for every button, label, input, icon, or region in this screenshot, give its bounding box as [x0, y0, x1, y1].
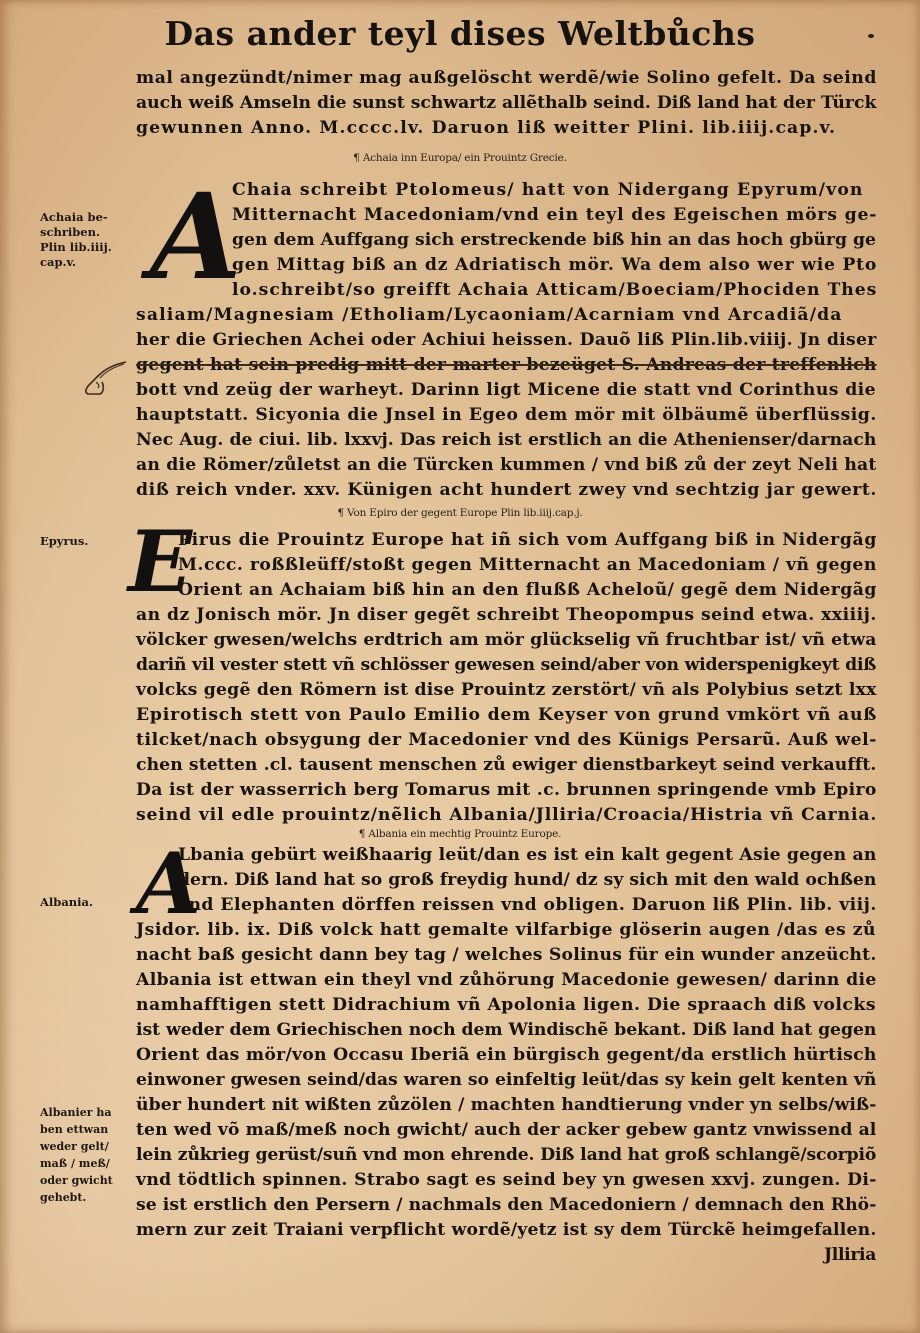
text-line: Jsidor. lib. ix. Diß volck hatt gemalte … [136, 918, 876, 943]
section-heading-achaia: ¶ Achaia inn Europa/ ein Prouintz Grecie… [0, 152, 920, 164]
text-line: völcker gwesen/welchs erdtrich am mör gl… [136, 628, 876, 653]
margin-note-line: Albania. [40, 895, 132, 910]
margin-note-line: Epyrus. [40, 534, 132, 549]
margin-note-line: Achaia be- [40, 210, 132, 225]
decorated-initial-a: A [150, 178, 242, 296]
text-line: vnd tödtlich spinnen. Strabo sagt es sei… [136, 1168, 876, 1193]
text-line: mern zur zeit Traiani verpflicht wordẽ/y… [136, 1218, 876, 1243]
margin-note-albania: Albania. [40, 895, 132, 910]
text-line: bott vnd zeüg der warheyt. Darinn ligt M… [136, 378, 876, 403]
text-line: her die Griechen Achei oder Achiui heiss… [136, 328, 876, 353]
text-line: über hundert nit wißten zůzölen / machte… [136, 1093, 876, 1118]
text-line: saliam/Magnesiam /Etholiam/Lycaoniam/Aca… [136, 303, 876, 328]
text-line: ten wed võ maß/meß noch gwicht/ auch der… [136, 1118, 876, 1143]
margin-note-line: Plin lib.iiij. [40, 240, 132, 255]
pointing-hand-icon [78, 358, 128, 398]
text-line: lo.schreibt/so greifft Achaia Atticam/Bo… [232, 278, 876, 303]
text-line: gen dem Auffgang sich erstreckende biß h… [232, 228, 876, 253]
text-line: Albania ist ettwan ein theyl vnd zůhörun… [136, 968, 876, 993]
text-line: lein zůkrieg gerüst/suñ vnd mon ehrende.… [136, 1143, 876, 1168]
margin-note-line: Albanier ha [40, 1104, 132, 1121]
text-line: gewunnen Anno. M.cccc.lv. Daruon liß wei… [136, 116, 876, 141]
text-line: einwoner gwesen seind/das waren so einfe… [136, 1068, 876, 1093]
book-page: Das ander teyl dises Weltbůchs mal angez… [0, 0, 920, 1333]
margin-note-line: schriben. [40, 225, 132, 240]
text-line: se ist erstlich den Persern / nachmals d… [136, 1193, 876, 1218]
text-line: seind vil edle prouintz/nẽlich Albania/J… [136, 803, 876, 828]
margin-note-achaia: Achaia be- schriben. Plin lib.iiij. cap.… [40, 210, 132, 270]
text-line: namhafftigen stett Didrachium vñ Apoloni… [136, 993, 876, 1018]
ink-spot [868, 34, 874, 38]
text-line: gen Mittag biß an dz Adriatisch mör. Wa … [232, 253, 876, 278]
running-head: Das ander teyl dises Weltbůchs [0, 14, 920, 53]
text-line: vnd Elephanten dörffen reissen vnd oblig… [178, 893, 876, 918]
text-line: mal angezündt/nimer mag außgelöscht werd… [136, 66, 876, 91]
text-line: diß reich vnder. xxv. Künigen acht hunde… [136, 478, 876, 503]
text-line: Orient an Achaiam biß hin an den flußß A… [178, 578, 876, 603]
margin-note-albanier: Albanier ha ben ettwan weder gelt/ maß /… [40, 1104, 132, 1206]
text-line: Lbania gebürt weißhaarig leüt/dan es ist… [178, 843, 876, 868]
text-line: tilcket/nach obsygung der Macedonier vnd… [136, 728, 876, 753]
margin-note-line: maß / meß/ [40, 1155, 132, 1172]
text-line: Pirus die Prouintz Europe hat iñ sich vo… [178, 528, 876, 553]
margin-note-line: oder gwicht [40, 1172, 132, 1189]
text-line: nacht baß gesicht dann bey tag / welches… [136, 943, 876, 968]
text-line: chen stetten .cl. tausent menschen zů ew… [136, 753, 876, 778]
margin-note-line: cap.v. [40, 255, 132, 270]
margin-note-line: weder gelt/ [40, 1138, 132, 1155]
text-line: Chaia schreibt Ptolomeus/ hatt von Nider… [232, 178, 876, 203]
text-line: hauptstatt. Sicyonia die Jnsel in Egeo d… [136, 403, 876, 428]
text-line: Epirotisch stett von Paulo Emilio dem Ke… [136, 703, 876, 728]
text-line: Nec Aug. de ciui. lib. lxxvj. Das reich … [136, 428, 876, 453]
struck-text-line: gegent hat sein predig mitt der marter b… [136, 353, 876, 378]
text-line: an die Römer/zůletst an die Türcken kumm… [136, 453, 876, 478]
text-line: auch weiß Amseln die sunst schwartz allẽ… [136, 91, 876, 116]
margin-note-line: ben ettwan [40, 1121, 132, 1138]
text-line: Orient das mör/von Occasu Iberiã ein bür… [136, 1043, 876, 1068]
text-line: an dz Jonisch mör. Jn diser gegẽt schrei… [136, 603, 876, 628]
text-line: dariñ vil vester stett vñ schlösser gewe… [136, 653, 876, 678]
margin-note-epyrus: Epyrus. [40, 534, 132, 549]
text-line: ist weder dem Griechischen noch dem Wind… [136, 1018, 876, 1043]
text-line: Mitternacht Macedoniam/vnd ein teyl des … [232, 203, 876, 228]
text-line: dern. Diß land hat so groß freydig hund/… [178, 868, 876, 893]
catchword: Jlliria [700, 1243, 876, 1268]
text-line: Da ist der wasserrich berg Tomarus mit .… [136, 778, 876, 803]
text-line: M.ccc. roßßleüff/stoßt gegen Mitternacht… [178, 553, 876, 578]
margin-note-line: gehebt. [40, 1189, 132, 1206]
text-line: volcks gegẽ den Römern ist dise Prouintz… [136, 678, 876, 703]
